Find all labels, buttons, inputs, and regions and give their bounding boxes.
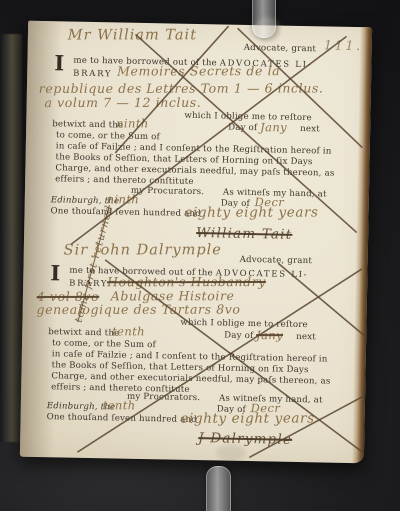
book-title-line: Memoires Secrets de la [117,63,280,78]
printed-initial-I: I [50,262,60,283]
printed-next: next [300,124,320,134]
borrow-entry-2: Sir John Dalrymple Advocate, grant I me … [28,21,372,28]
signing-day: tenth [103,398,136,412]
ledger-page: 111. tome first returned Mr William Tait… [20,21,372,464]
book-gutter-pages [0,34,22,442]
book-title-line: a volum 7 — 12 inclus. [44,95,201,110]
return-day: ninth [116,116,149,130]
return-day: tenth [112,324,145,338]
printed-failzie-line: effeirs ; and thereto conſtitute [55,174,194,187]
borrower-name: Mr William Tait [68,27,197,43]
borrower-signature: William Tait [196,225,292,243]
printed-advocate-grant: Advocate, grant [240,255,313,266]
printed-day-of: Day of [224,331,253,342]
printed-initial-I: I [54,52,64,73]
page-holder-clip-top [252,0,276,38]
photograph-of-library-ledger: 111. tome first returned Mr William Tait… [0,0,400,511]
signing-day: ninth [107,192,140,206]
printed-betwixt: betwixt and the [48,327,119,338]
return-month: Jany [260,120,287,134]
printed-to-come: to come, or the Sum of [52,338,156,350]
borrower-name: Sir John Dalrymple [64,242,222,258]
printed-one-thousand: One thouſand ſeven hundred and [47,412,198,425]
book-fore-edge [352,27,372,463]
page-number: 111. [324,38,363,54]
year-words: eighty eight years [184,205,318,221]
page-holder-clip-bottom [206,466,231,511]
borrow-entry-1: Mr William Tait Advocate, grant I me to … [28,21,372,28]
book-title-line: genealogique des Tartars 8vo [37,302,241,317]
printed-brary: BRARY [69,278,108,289]
printed-procurators: my Procurators. [127,392,200,403]
printed-day-of: Day of [228,123,257,134]
printed-procurators: my Procurators. [131,186,204,197]
printed-betwixt: betwixt and the [52,119,123,130]
printed-next: next [296,332,316,342]
printed-brary: BRARY [73,68,112,79]
printed-oblige-line: which I oblige me to reſtore [180,318,308,330]
borrower-signature: J Dalrymple [198,430,292,448]
printed-to-come: to come, or the Sum of [56,130,160,142]
year-words: eighty eight years [180,411,314,427]
return-month: Jany [256,328,283,342]
printed-oblige-line: which I oblige me to reſtore [184,111,312,123]
printed-one-thousand: One thouſand ſeven hundred and [50,206,201,219]
book-title-line: republique des Lettres Tom 1 — 6 inclus. [39,80,324,95]
book-title-struck: Houghton's Husbandry [107,274,266,289]
printed-advocate-grant: Advocate, grant [244,43,317,54]
